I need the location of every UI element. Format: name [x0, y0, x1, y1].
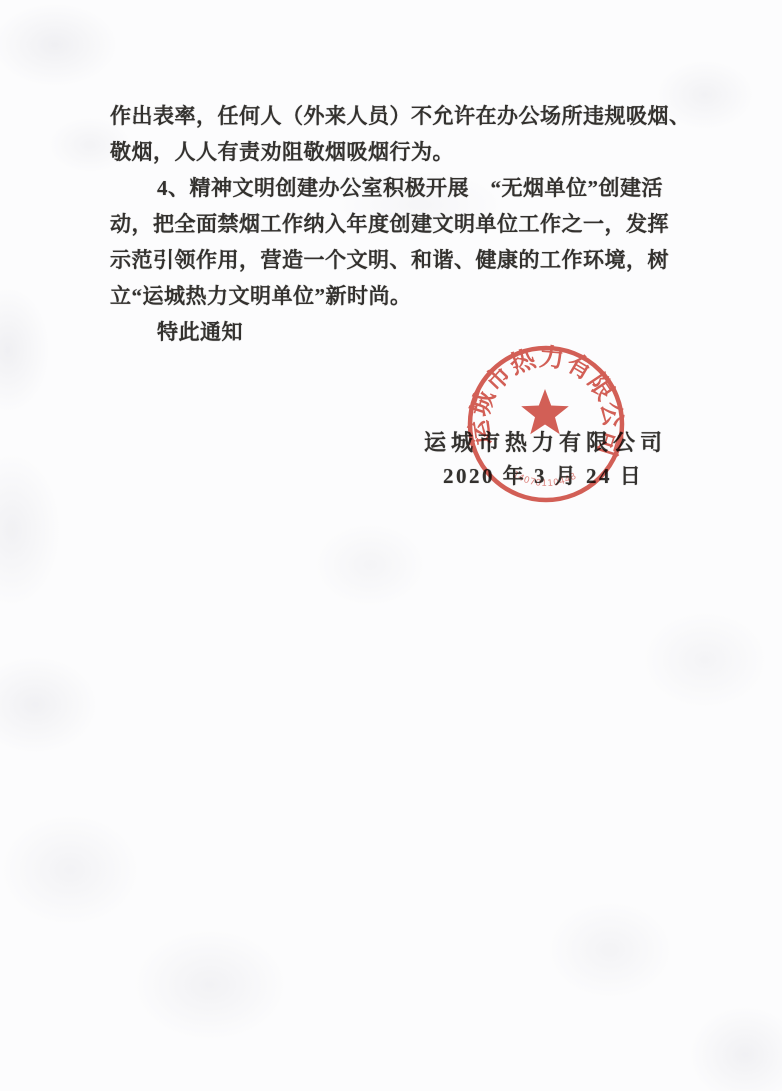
seal-svg: 运城市热力有限公司 14070110448 — [461, 339, 631, 509]
body-line-6: 立“运城热力文明单位”新时尚。 — [110, 280, 412, 310]
body-line-5: 示范引领作用，营造一个文明、和谐、健康的工作环境，树 — [110, 244, 669, 274]
seal-serial-number: 14070110448 — [510, 470, 578, 489]
body-line-1: 作出表率，任何人（外来人员）不允许在办公场所违规吸烟、 — [110, 100, 691, 130]
seal-star-icon — [521, 389, 569, 434]
scanned-notice-page: 作出表率，任何人（外来人员）不允许在办公场所违规吸烟、 敬烟，人人有责劝阻敬烟吸… — [0, 0, 782, 1091]
closing-line: 特此通知 — [157, 316, 243, 346]
body-line-4: 动，把全面禁烟工作纳入年度创建文明单位工作之一，发挥 — [110, 208, 669, 238]
company-seal-stamp: 运城市热力有限公司 14070110448 — [461, 339, 631, 509]
body-line-2: 敬烟，人人有责劝阻敬烟吸烟行为。 — [110, 136, 454, 166]
body-line-3: 4、精神文明创建办公室积极开展 “无烟单位”创建活 — [157, 172, 663, 202]
